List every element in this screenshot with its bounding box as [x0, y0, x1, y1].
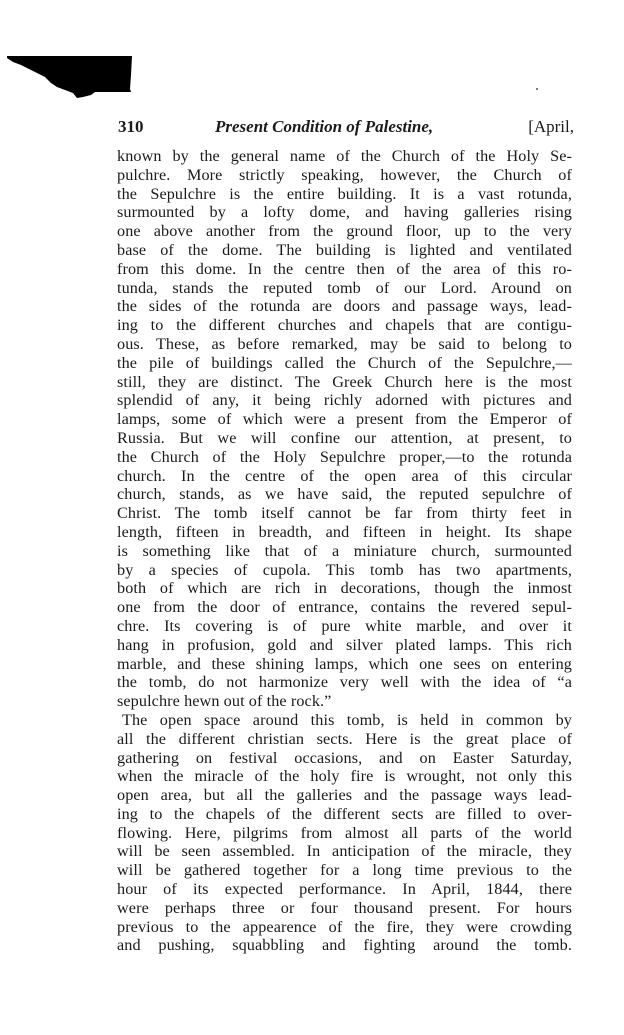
text-line: the Church of the Holy Sepulchre proper,… [117, 448, 572, 467]
text-line: Russia. But we will confine our attentio… [117, 429, 572, 448]
text-line: length, fifteen in breadth, and fifteen … [117, 523, 572, 542]
text-line: the tomb, do not harmonize very well wit… [117, 673, 572, 692]
page-number: 310 [118, 116, 144, 138]
body-text: known by the general name of the Church … [117, 147, 572, 955]
text-line: ing to the chapels of the different sect… [117, 805, 572, 824]
text-line: will be seen assembled. In anticipation … [117, 842, 572, 861]
text-line: were perhaps three or four thousand pres… [117, 899, 572, 918]
text-line: still, they are distinct. The Greek Chur… [117, 373, 572, 392]
text-line: one from the door of entrance, contains … [117, 598, 572, 617]
text-line: the pile of buildings called the Church … [117, 354, 572, 373]
text-line: both of which are rich in decorations, t… [117, 579, 572, 598]
text-line: splendid of any, it being richly adorned… [117, 391, 572, 410]
text-line: hang in profusion, gold and silver plate… [117, 636, 572, 655]
text-line: one above another from the ground floor,… [117, 222, 572, 241]
text-line: chre. Its covering is of pure white marb… [117, 617, 572, 636]
scan-speck [536, 88, 538, 90]
text-line: church. In the centre of the open area o… [117, 467, 572, 486]
text-line: will be gathered together for a long tim… [117, 861, 572, 880]
text-line: all the different christian sects. Here … [117, 730, 572, 749]
text-line: ing to the different churches and chapel… [117, 316, 572, 335]
text-line: gathering on festival occasions, and on … [117, 749, 572, 768]
text-line: open area, but all the galleries and the… [117, 786, 572, 805]
text-line: surmounted by a lofty dome, and having g… [117, 203, 572, 222]
running-title: Present Condition of Palestine, [215, 116, 433, 138]
running-date: [April, [528, 116, 574, 138]
text-line: hour of its expected performance. In Apr… [117, 880, 572, 899]
running-head: 310 Present Condition of Palestine, [Apr… [118, 116, 574, 138]
text-line: the Sepulchre is the entire building. It… [117, 185, 572, 204]
paragraph-end-line: sepulchre hewn out of the rock.” [117, 692, 572, 711]
text-line: church, stands, as we have said, the rep… [117, 485, 572, 504]
text-line: tunda, stands the reputed tomb of our Lo… [117, 279, 572, 298]
text-line: ous. These, as before remarked, may be s… [117, 335, 572, 354]
text-line: previous to the appearence of the fire, … [117, 918, 572, 937]
scan-artifact-blot [5, 55, 133, 99]
text-line: known by the general name of the Church … [117, 147, 572, 166]
text-line: Christ. The tomb itself cannot be far fr… [117, 504, 572, 523]
paragraph-start-line: The open space around this tomb, is held… [117, 711, 572, 730]
text-line: base of the dome. The building is lighte… [117, 241, 572, 260]
text-line: and pushing, squabbling and fighting aro… [117, 936, 572, 955]
text-line: flowing. Here, pilgrims from almost all … [117, 824, 572, 843]
text-line: lamps, some of which were a present from… [117, 410, 572, 429]
text-line: is something like that of a miniature ch… [117, 542, 572, 561]
text-line: pulchre. More strictly speaking, however… [117, 166, 572, 185]
text-line: by a species of cupola. This tomb has tw… [117, 561, 572, 580]
text-line: from this dome. In the centre then of th… [117, 260, 572, 279]
text-line: when the miracle of the holy fire is wro… [117, 767, 572, 786]
text-line: the sides of the rotunda are doors and p… [117, 297, 572, 316]
text-line: marble, and these shining lamps, which o… [117, 655, 572, 674]
